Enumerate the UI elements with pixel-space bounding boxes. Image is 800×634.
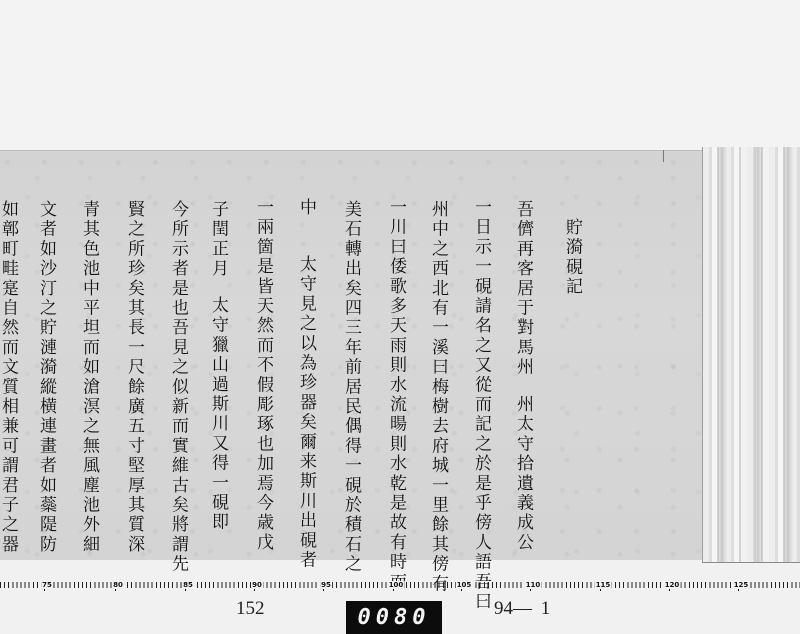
ruler-label: 100 bbox=[388, 581, 405, 589]
text-column: 一日示一硯請名之又從而記之於是乎傍人語吾曰 bbox=[471, 198, 491, 612]
text-column: 文者如沙汀之貯漣漪縱横連畫者如蘂隄防 bbox=[36, 200, 56, 555]
ruler-label: 105 bbox=[456, 581, 473, 589]
text-column: 一兩箇是皆天然而不假彫琢也加焉今歳戊 bbox=[253, 198, 273, 553]
ruler-label: 110 bbox=[525, 581, 542, 589]
volume-number-label: 94— 1 bbox=[494, 598, 550, 620]
ruler-label: 75 bbox=[41, 581, 53, 589]
measurement-ruler: 7580859095100105110115120125 bbox=[0, 582, 800, 596]
mount-texture-streak bbox=[717, 147, 727, 562]
mount-texture-streak bbox=[753, 147, 763, 562]
scan-background bbox=[0, 0, 800, 150]
text-column: 一川曰倭歌多天雨則水流暘則水乾是故有時而 bbox=[386, 198, 406, 592]
text-column: 賢之所珍矣其長一尺餘廣五寸堅厚其質深 bbox=[124, 200, 144, 555]
text-column: 青其色池中平坦而如滄溟之無風塵池外細 bbox=[79, 200, 99, 555]
text-column: 如鄣町畦寔自然而文質相兼可謂君子之器 bbox=[0, 200, 18, 555]
frame-counter-digits: 0080 bbox=[358, 605, 431, 630]
text-column: 太守見之以為珍器矣爾来斯川出硯者 bbox=[296, 255, 316, 570]
text-column: 美石轉出矣四三年前居民偶得一硯於積石之 bbox=[341, 200, 361, 574]
ruler-label: 125 bbox=[733, 581, 750, 589]
ruler-label: 115 bbox=[595, 581, 612, 589]
text-column: 今所示者是也吾見之似新而實維古矣將謂先 bbox=[168, 200, 188, 574]
text-column: 太守獵山過斯川又得一硯即 bbox=[208, 296, 228, 532]
scroll-mount-border bbox=[702, 147, 800, 563]
frame-counter-display: 0080 bbox=[346, 601, 442, 634]
mount-texture-streak bbox=[783, 147, 793, 562]
text-column: 中 bbox=[296, 198, 316, 218]
text-column: 州中之西北有一溪曰梅樹去府城一里餘其傍有 bbox=[428, 200, 448, 594]
text-column: 州太守拾遺義成公 bbox=[513, 395, 533, 553]
text-column: 吾儕再客居于對馬州 bbox=[513, 200, 533, 377]
paper-crease-mark bbox=[663, 150, 664, 162]
ruler-label: 80 bbox=[112, 581, 124, 589]
text-column: 子閏正月 bbox=[208, 200, 228, 279]
ruler-label: 95 bbox=[320, 581, 332, 589]
ruler-label: 85 bbox=[182, 581, 194, 589]
frame-number-label: 152 bbox=[236, 598, 265, 620]
ruler-label: 120 bbox=[664, 581, 681, 589]
ruler-label: 90 bbox=[251, 581, 263, 589]
text-column: 貯漪硯記 bbox=[562, 218, 582, 297]
